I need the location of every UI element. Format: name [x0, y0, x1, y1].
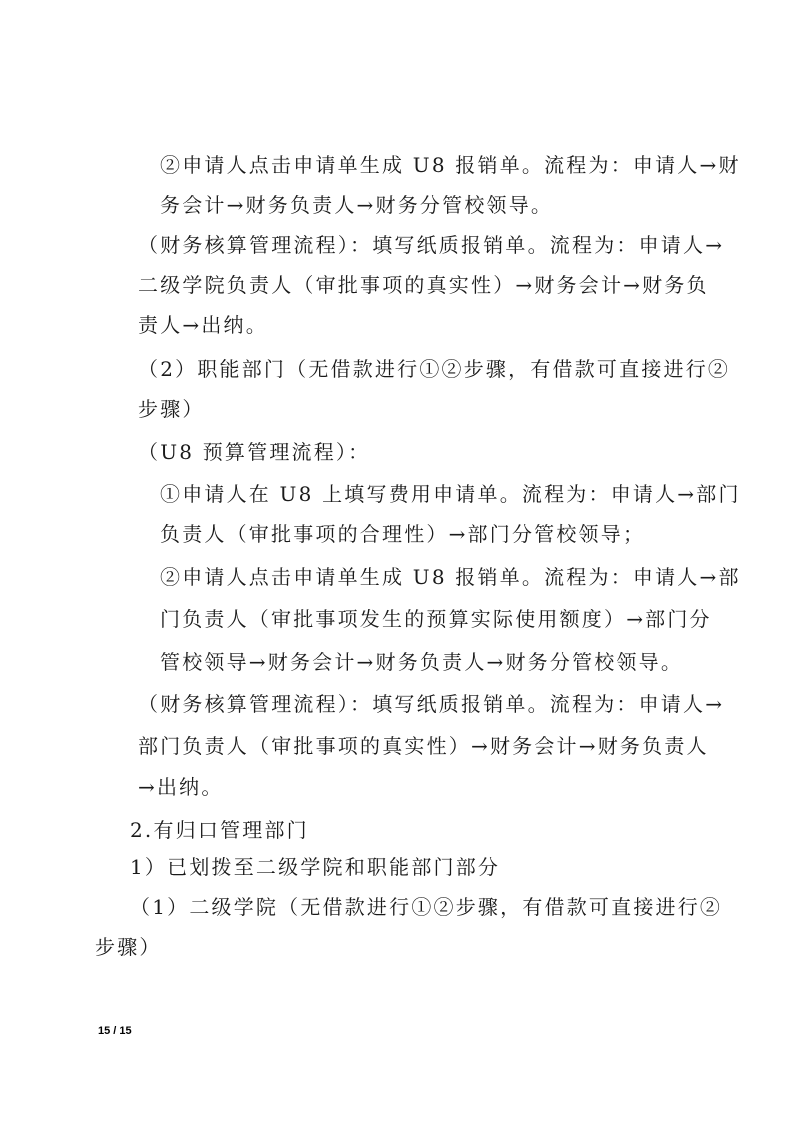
section-heading-centralized-dept: 2.有归口管理部门: [130, 818, 309, 842]
text-line-finance-flow-dept-a: （财务核算管理流程）：填写纸质报销单。流程为：申请人→: [138, 692, 724, 716]
text-line-finance-flow-b: 二级学院负责人（审批事项的真实性）→财务会计→财务负: [138, 273, 709, 297]
subheading-u8-budget-flow: （U8 预算管理流程）：: [138, 440, 370, 464]
text-line-step2-dept-c: 管校领导→财务会计→财务负责人→财务分管校领导。: [160, 650, 683, 674]
text-line-step2-a: ②申请人点击申请单生成 U8 报销单。流程为：申请人→财: [160, 153, 741, 177]
subheading-allocated-part: 1）已划拨至二级学院和职能部门部分: [130, 855, 500, 879]
text-line-finance-flow-c: 责人→出纳。: [138, 313, 268, 337]
text-line-step1-a: ①申请人在 U8 上填写费用申请单。流程为：申请人→部门: [160, 482, 741, 506]
text-line-step1-b: 负责人（审批事项的合理性）→部门分管校领导；: [160, 522, 645, 546]
subheading-secondary-college-cont: 步骤）: [95, 935, 162, 959]
subheading-secondary-college: （1）二级学院（无借款进行①②步骤，有借款可直接进行②: [130, 895, 722, 919]
page-number: 15 / 15: [98, 1025, 132, 1037]
text-line-finance-flow-dept-b: 部门负责人（审批事项的真实性）→财务会计→财务负责人: [138, 734, 709, 758]
document-page: ②申请人点击申请单生成 U8 报销单。流程为：申请人→财 务会计→财务负责人→财…: [0, 0, 793, 1122]
text-line-finance-flow-dept-c: →出纳。: [138, 775, 224, 799]
section-heading-functional-dept: （2）职能部门（无借款进行①②步骤，有借款可直接进行②: [138, 357, 730, 381]
text-line-finance-flow-a: （财务核算管理流程）：填写纸质报销单。流程为：申请人→: [138, 233, 724, 257]
text-line-step2-b: 务会计→财务负责人→财务分管校领导。: [160, 193, 553, 217]
section-heading-functional-dept-cont: 步骤）: [138, 397, 205, 421]
text-line-step2-dept-a: ②申请人点击申请单生成 U8 报销单。流程为：申请人→部: [160, 565, 741, 589]
text-line-step2-dept-b: 门负责人（审批事项发生的预算实际使用额度）→部门分: [160, 607, 712, 631]
